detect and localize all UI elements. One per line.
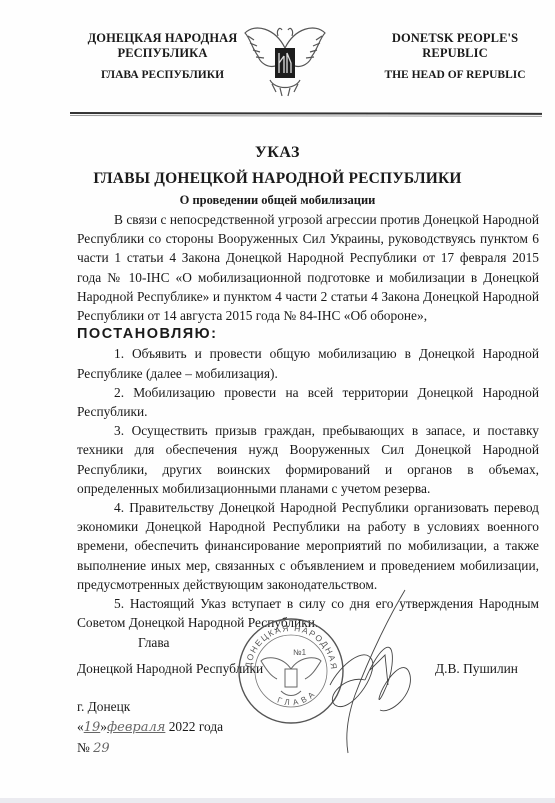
signatory-title: Глава [138,635,169,651]
signatory-name: Д.В. Пушилин [435,661,518,677]
preamble: В связи с непосредственной угрозой агрес… [77,210,539,325]
coat-of-arms-icon [240,18,330,98]
date-open-quote: « [77,719,84,734]
clause-2: 2. Мобилизацию провести на всей территор… [77,383,539,421]
document-type: УКАЗ [0,144,555,162]
header-left-line2: РЕСПУБЛИКА [70,46,255,61]
header-left-subtitle: ГЛАВА РЕСПУБЛИКИ [70,69,255,81]
date-year: 2022 года [169,719,223,734]
header-right-line1: DONETSK PEOPLE'S [355,31,555,46]
clause-4: 4. Правительству Донецкой Народной Респу… [77,498,539,594]
decree-number: № 29 [77,740,110,756]
document-issuer: ГЛАВЫ ДОНЕЦКОЙ НАРОДНОЙ РЕСПУБЛИКИ [0,170,555,188]
header-left-line1: ДОНЕЦКАЯ НАРОДНАЯ [70,31,255,46]
signing-date: «19»февраля 2022 года [77,719,223,735]
clause-1: 1. Объявить и провести общую мобилизацию… [77,344,539,382]
header-right-title: DONETSK PEOPLE'S REPUBLIC [355,31,555,61]
number-value: 29 [93,741,110,756]
number-label: № [77,740,90,755]
document-page: ДОНЕЦКАЯ НАРОДНАЯ РЕСПУБЛИКА ГЛАВА РЕСПУ… [0,0,555,798]
document-body: В связи с непосредственной угрозой агрес… [77,210,539,632]
decree-heading: ПОСТАНОВЛЯЮ: [77,325,539,344]
place-of-signing: г. Донецк [77,699,130,715]
handwritten-signature [310,585,420,755]
date-month: февраля [107,720,165,735]
header-right-subtitle: THE HEAD OF REPUBLIC [355,69,555,81]
document-subject: О проведении общей мобилизации [0,193,555,208]
date-close-quote: » [100,719,107,734]
clause-3: 3. Осуществить призыв граждан, пребывающ… [77,421,539,498]
date-day: 19 [84,720,101,735]
header-left-title: ДОНЕЦКАЯ НАРОДНАЯ РЕСПУБЛИКА [70,31,255,61]
stamp-number: №1 [293,648,307,657]
header-right-line2: REPUBLIC [355,46,555,61]
signatory-organization: Донецкой Народной Республики [77,661,263,677]
header-divider [70,112,542,115]
